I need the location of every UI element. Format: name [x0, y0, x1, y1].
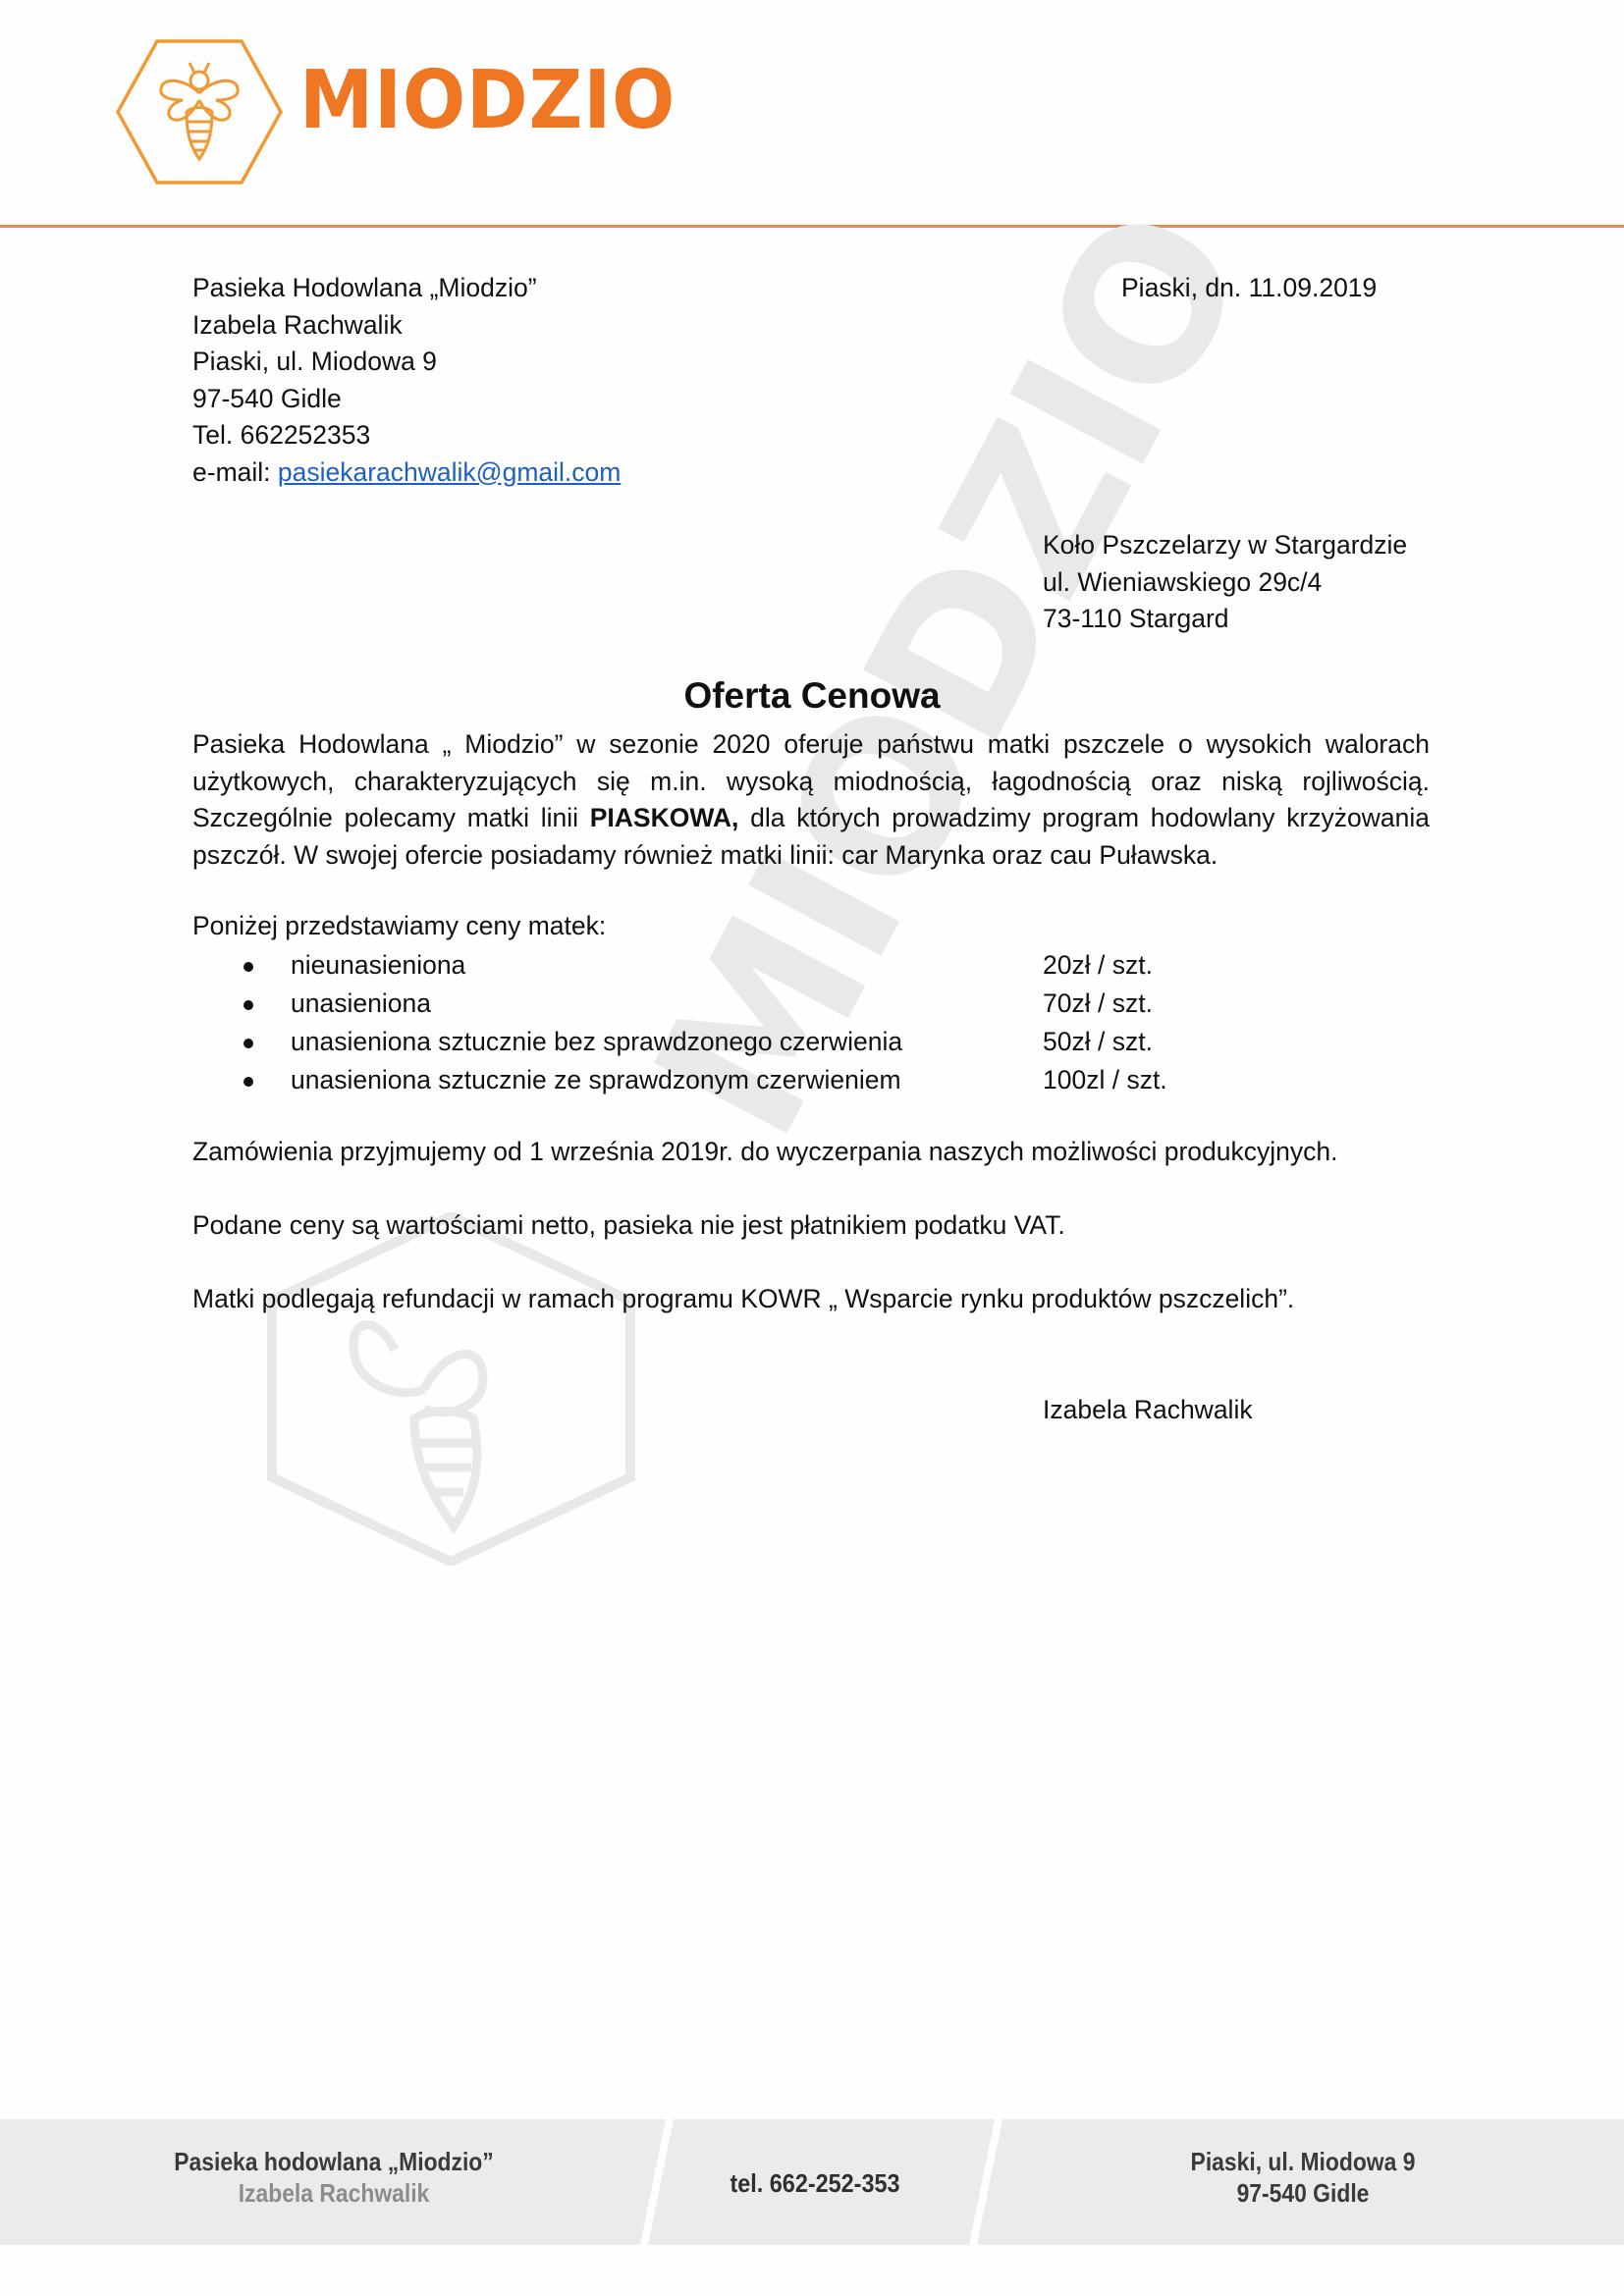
sender-line: Izabela Rachwalik: [192, 307, 621, 345]
footer-address: Piaski, ul. Miodowa 9 97-540 Gidle: [982, 2146, 1624, 2209]
footer-address-city: 97-540 Gidle: [1020, 2177, 1586, 2209]
price-item-label: nieunasieniona: [291, 946, 465, 985]
document-title: Oferta Cenowa: [0, 675, 1624, 717]
recipient-block: Koło Pszczelarzy w Stargardzie ul. Wieni…: [1043, 527, 1407, 638]
email-link[interactable]: pasiekarachwalik@gmail.com: [278, 457, 621, 487]
price-item-label: unasieniona sztucznie ze sprawdzonym cze…: [291, 1061, 901, 1099]
prices-intro: Poniżej przedstawiamy ceny matek:: [192, 908, 606, 945]
sender-email-line: e-mail: pasiekarachwalik@gmail.com: [192, 454, 621, 492]
bullet-icon: [244, 1000, 253, 1010]
footer-address-street: Piaski, ul. Miodowa 9: [1020, 2146, 1586, 2177]
price-item-label: unasieniona sztucznie bez sprawdzonego c…: [291, 1023, 902, 1061]
price-item: unasieniona sztucznie bez sprawdzonego c…: [192, 1023, 1272, 1061]
bullet-icon: [244, 962, 253, 972]
recipient-line: Koło Pszczelarzy w Stargardzie: [1043, 527, 1407, 564]
footer-owner-name: Izabela Rachwalik: [40, 2177, 627, 2209]
recipient-line: 73-110 Stargard: [1043, 601, 1407, 638]
price-item-value: 50zł / szt.: [1043, 1023, 1153, 1061]
bee-hexagon-logo-icon: [116, 39, 283, 185]
orders-paragraph: Zamówienia przyjmujemy od 1 września 201…: [192, 1134, 1338, 1171]
offer-paragraph: Pasieka Hodowlana „ Miodzio” w sezonie 2…: [192, 726, 1430, 874]
email-label: e-mail:: [192, 457, 278, 487]
price-item: unasieniona70zł / szt.: [192, 985, 1272, 1023]
sender-line: 97-540 Gidle: [192, 381, 621, 418]
bee-hexagon-watermark-icon: [267, 1212, 635, 1566]
letter-page: MIODZIO MIODZIO Pasieka Hodowlana „Miodz…: [0, 0, 1624, 2296]
price-item-value: 70zł / szt.: [1043, 985, 1153, 1023]
refund-paragraph: Matki podlegają refundacji w ramach prog…: [192, 1281, 1294, 1318]
footer-company: Pasieka hodowlana „Miodzio” Izabela Rach…: [0, 2146, 668, 2209]
price-list: nieunasieniona20zł / szt. unasieniona70z…: [192, 946, 1272, 1099]
sender-line: Piaski, ul. Miodowa 9: [192, 344, 621, 381]
sender-block: Pasieka Hodowlana „Miodzio” Izabela Rach…: [192, 270, 621, 491]
header-divider: [0, 225, 1624, 228]
recipient-line: ul. Wieniawskiego 29c/4: [1043, 564, 1407, 602]
letter-date: Piaski, dn. 11.09.2019: [1121, 270, 1377, 307]
price-item-value: 20zł / szt.: [1043, 946, 1153, 985]
price-item: nieunasieniona20zł / szt.: [192, 946, 1272, 985]
bullet-icon: [244, 1039, 253, 1048]
price-item-value: 100zl / szt.: [1043, 1061, 1167, 1099]
sender-line: Tel. 662252353: [192, 417, 621, 454]
signature: Izabela Rachwalik: [1043, 1392, 1253, 1429]
offer-bold-line-name: PIASKOWA,: [590, 803, 739, 832]
brand-logo-text: MIODZIO: [299, 61, 676, 141]
footer-company-name: Pasieka hodowlana „Miodzio”: [40, 2146, 627, 2177]
footer-phone: tel. 662-252-353: [682, 2168, 947, 2199]
price-item: unasieniona sztucznie ze sprawdzonym cze…: [192, 1061, 1272, 1099]
bullet-icon: [244, 1077, 253, 1087]
vat-paragraph: Podane ceny są wartościami netto, pasiek…: [192, 1207, 1065, 1245]
sender-line: Pasieka Hodowlana „Miodzio”: [192, 270, 621, 307]
price-item-label: unasieniona: [291, 985, 431, 1023]
